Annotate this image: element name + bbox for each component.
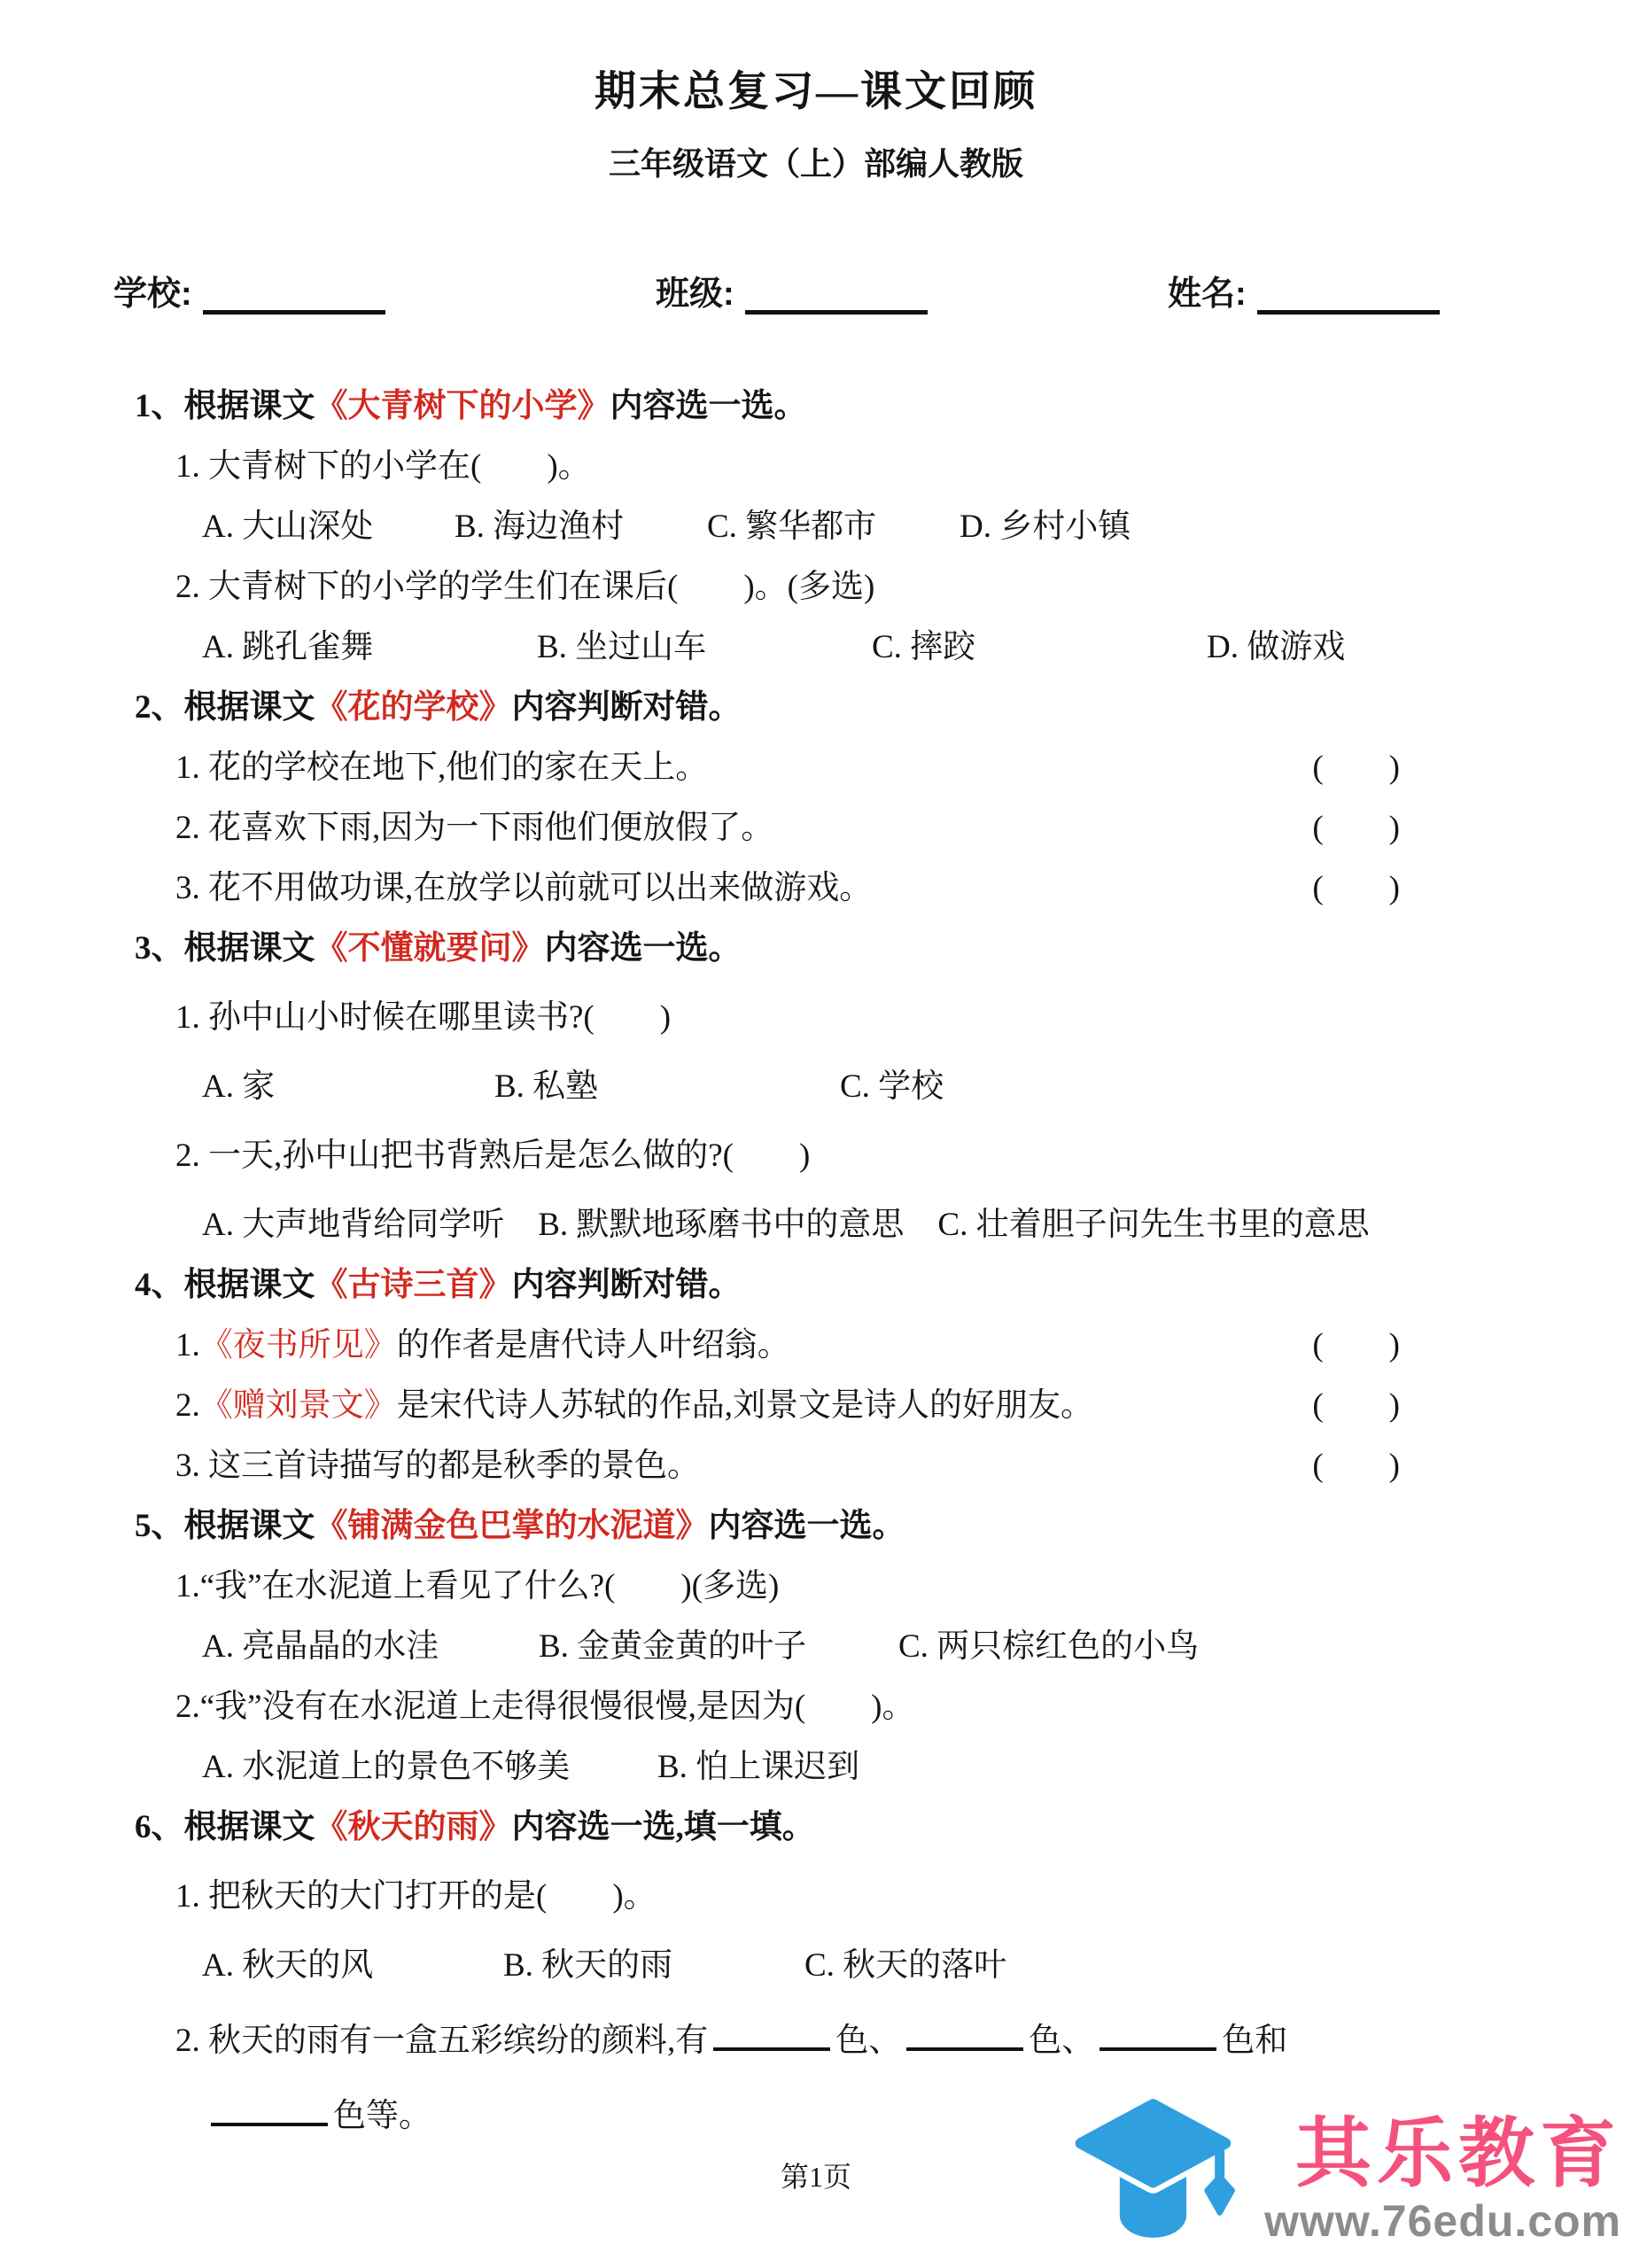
question-5-heading: 5、根据课文《铺满金色巴掌的水泥道》内容选一选。 — [0, 1505, 1632, 1548]
question-1-1-options: A. 大山深处 B. 海边渔村 C. 繁华都市 D. 乡村小镇 — [0, 506, 1632, 548]
question-6-2-line-1: 2. 秋天的雨有一盒五彩缤纷的颜料,有色、色、色和 — [0, 2014, 1632, 2062]
option-b: B. 金黄金黄的叶子 — [539, 1626, 898, 1668]
tf-statement: 3. 这三首诗描写的都是秋季的景色。 — [175, 1445, 1312, 1487]
option-b: B. 默默地琢磨书中的意思 — [538, 1204, 904, 1247]
option-b: B. 秋天的雨 — [503, 1945, 804, 1987]
question-1-2-options: A. 跳孔雀舞 B. 坐过山车 C. 摔跤 D. 做游戏 — [0, 626, 1632, 669]
fill-blank — [211, 2089, 328, 2126]
question-2-item-3: 3. 花不用做功课,在放学以前就可以出来做游戏。 ( ) — [0, 867, 1632, 910]
heading-prefix: 3、根据课文 — [135, 930, 315, 967]
option-d: D. 做游戏 — [1207, 626, 1542, 669]
option-b: B. 坐过山车 — [537, 626, 872, 669]
poem-title: 《夜书所见》 — [200, 1327, 397, 1363]
heading-suffix: 内容选一选。 — [610, 388, 807, 424]
lesson-title: 《大青树下的小学》 — [315, 388, 610, 424]
student-info-row: 学校: 班级: 姓名: — [0, 266, 1632, 315]
question-5-1: 1.“我”在水泥道上看见了什么?( )(多选) — [0, 1565, 1632, 1608]
class-label: 班级: — [656, 266, 734, 315]
question-2-heading: 2、根据课文《花的学校》内容判断对错。 — [0, 687, 1632, 729]
heading-suffix: 内容判断对错。 — [512, 689, 742, 726]
question-4-item-1: 1.《夜书所见》的作者是唐代诗人叶绍翁。 ( ) — [0, 1324, 1632, 1367]
question-3-2-options: A. 大声地背给同学听 B. 默默地琢磨书中的意思 C. 壮着胆子问先生书里的意… — [0, 1204, 1632, 1247]
heading-prefix: 1、根据课文 — [135, 388, 315, 424]
question-5-2-options: A. 水泥道上的景色不够美 B. 怕上课迟到 — [0, 1746, 1632, 1789]
question-4-item-2: 2.《赠刘景文》是宋代诗人苏轼的作品,刘景文是诗人的好朋友。 ( ) — [0, 1385, 1632, 1427]
fill-lead-text: 2. 秋天的雨有一盒五彩缤纷的颜料,有 — [175, 2023, 708, 2059]
fill-blank — [906, 2014, 1023, 2051]
item-text: 的作者是唐代诗人叶绍翁。 — [397, 1327, 790, 1363]
option-c: C. 学校 — [840, 1066, 944, 1108]
question-1-1: 1. 大青树下的小学在( )。 — [0, 446, 1632, 488]
question-3-1: 1. 孙中山小时候在哪里读书?( ) — [0, 997, 1632, 1039]
answer-paren: ( ) — [1312, 1385, 1400, 1427]
heading-suffix: 内容判断对错。 — [512, 1267, 742, 1303]
question-3-heading: 3、根据课文《不懂就要问》内容选一选。 — [0, 928, 1632, 970]
fill-segment: 色、 — [1029, 2023, 1094, 2059]
option-a: A. 跳孔雀舞 — [202, 626, 537, 669]
questions-area: 1、根据课文《大青树下的小学》内容选一选。 1. 大青树下的小学在( )。 A.… — [0, 385, 1632, 2138]
item-number: 1. — [175, 1327, 200, 1363]
option-c: C. 摔跤 — [872, 626, 1207, 669]
question-2-item-2: 2. 花喜欢下雨,因为一下雨他们便放假了。 ( ) — [0, 807, 1632, 850]
question-5-2: 2.“我”没有在水泥道上走得很慢很慢,是因为( )。 — [0, 1686, 1632, 1728]
heading-suffix: 内容选一选。 — [709, 1508, 905, 1544]
question-6-1-options: A. 秋天的风 B. 秋天的雨 C. 秋天的落叶 — [0, 1945, 1632, 1987]
school-blank-line — [203, 273, 385, 315]
fill-blank — [713, 2014, 830, 2051]
option-a: A. 家 — [202, 1066, 494, 1108]
heading-suffix: 内容选一选。 — [545, 930, 742, 967]
school-label: 学校: — [113, 266, 192, 315]
answer-paren: ( ) — [1312, 807, 1400, 850]
answer-paren: ( ) — [1312, 1445, 1400, 1487]
heading-prefix: 6、根据课文 — [135, 1809, 315, 1845]
class-field: 班级: — [656, 266, 1168, 315]
tf-statement: 3. 花不用做功课,在放学以前就可以出来做游戏。 — [175, 867, 1312, 910]
question-5-1-options: A. 亮晶晶的水洼 B. 金黄金黄的叶子 C. 两只棕红色的小鸟 — [0, 1626, 1632, 1668]
item-number: 2. — [175, 1387, 200, 1424]
lesson-title: 《秋天的雨》 — [315, 1809, 512, 1845]
answer-paren: ( ) — [1312, 1324, 1400, 1367]
option-a: A. 大山深处 — [202, 506, 455, 548]
poem-title: 《赠刘景文》 — [200, 1387, 397, 1424]
option-a: A. 秋天的风 — [202, 1945, 503, 1987]
question-3-1-options: A. 家 B. 私塾 C. 学校 — [0, 1066, 1632, 1108]
worksheet-page: 期末总复习—课文回顾 三年级语文（上）部编人教版 学校: 班级: 姓名: 1、根… — [0, 0, 1632, 2268]
option-d: D. 乡村小镇 — [960, 506, 1212, 548]
option-a: A. 亮晶晶的水洼 — [202, 1626, 539, 1668]
answer-paren: ( ) — [1312, 867, 1400, 910]
heading-prefix: 4、根据课文 — [135, 1267, 315, 1303]
graduation-cap-icon — [1050, 2096, 1259, 2263]
question-2-item-1: 1. 花的学校在地下,他们的家在天上。 ( ) — [0, 747, 1632, 789]
lesson-title: 《花的学校》 — [315, 689, 512, 726]
lesson-title: 《古诗三首》 — [315, 1267, 512, 1303]
brand-name: 其乐教育 — [1295, 2116, 1621, 2192]
page-title: 期末总复习—课文回顾 — [0, 0, 1632, 118]
item-text: 是宋代诗人苏轼的作品,刘景文是诗人的好朋友。 — [397, 1387, 1093, 1424]
option-a: A. 水泥道上的景色不够美 — [202, 1746, 657, 1789]
question-1-heading: 1、根据课文《大青树下的小学》内容选一选。 — [0, 385, 1632, 428]
answer-paren: ( ) — [1312, 747, 1400, 789]
tf-statement: 2. 花喜欢下雨,因为一下雨他们便放假了。 — [175, 807, 1312, 850]
brand-url: www.76edu.com — [1264, 2199, 1621, 2243]
question-4-item-3: 3. 这三首诗描写的都是秋季的景色。 ( ) — [0, 1445, 1632, 1487]
tf-statement: 2.《赠刘景文》是宋代诗人苏轼的作品,刘景文是诗人的好朋友。 — [175, 1385, 1312, 1427]
heading-suffix: 内容选一选,填一填。 — [512, 1809, 815, 1845]
option-a: A. 大声地背给同学听 — [202, 1204, 504, 1247]
lesson-title: 《铺满金色巴掌的水泥道》 — [315, 1508, 709, 1544]
tf-statement: 1.《夜书所见》的作者是唐代诗人叶绍翁。 — [175, 1324, 1312, 1367]
name-blank-line — [1257, 273, 1440, 315]
option-c: C. 两只棕红色的小鸟 — [898, 1626, 1199, 1668]
option-b: B. 私塾 — [494, 1066, 840, 1108]
option-c: C. 壮着胆子问先生书里的意思 — [937, 1204, 1369, 1247]
option-c: C. 繁华都市 — [707, 506, 960, 548]
option-b: B. 怕上课迟到 — [657, 1746, 859, 1789]
fill-blank — [1100, 2014, 1216, 2051]
page-subtitle: 三年级语文（上）部编人教版 — [0, 139, 1632, 184]
school-field: 学校: — [113, 266, 656, 315]
tf-statement: 1. 花的学校在地下,他们的家在天上。 — [175, 747, 1312, 789]
heading-prefix: 2、根据课文 — [135, 689, 315, 726]
brand-logo: 其乐教育 www.76edu.com — [1050, 2096, 1621, 2263]
question-1-2: 2. 大青树下的小学的学生们在课后( )。(多选) — [0, 566, 1632, 609]
class-blank-line — [745, 273, 928, 315]
brand-text-block: 其乐教育 www.76edu.com — [1264, 2116, 1621, 2243]
name-field: 姓名: — [1168, 266, 1440, 315]
question-6-1: 1. 把秋天的大门打开的是( )。 — [0, 1876, 1632, 1918]
name-label: 姓名: — [1168, 266, 1247, 315]
lesson-title: 《不懂就要问》 — [315, 930, 545, 967]
fill-segment: 色、 — [835, 2023, 901, 2059]
question-4-heading: 4、根据课文《古诗三首》内容判断对错。 — [0, 1264, 1632, 1307]
fill-segment: 色和 — [1222, 2023, 1287, 2059]
heading-prefix: 5、根据课文 — [135, 1508, 315, 1544]
option-b: B. 海边渔村 — [455, 506, 707, 548]
question-3-2: 2. 一天,孙中山把书背熟后是怎么做的?( ) — [0, 1135, 1632, 1177]
question-6-heading: 6、根据课文《秋天的雨》内容选一选,填一填。 — [0, 1806, 1632, 1849]
fill-segment: 色等。 — [333, 2098, 431, 2134]
option-c: C. 秋天的落叶 — [804, 1945, 1106, 1987]
